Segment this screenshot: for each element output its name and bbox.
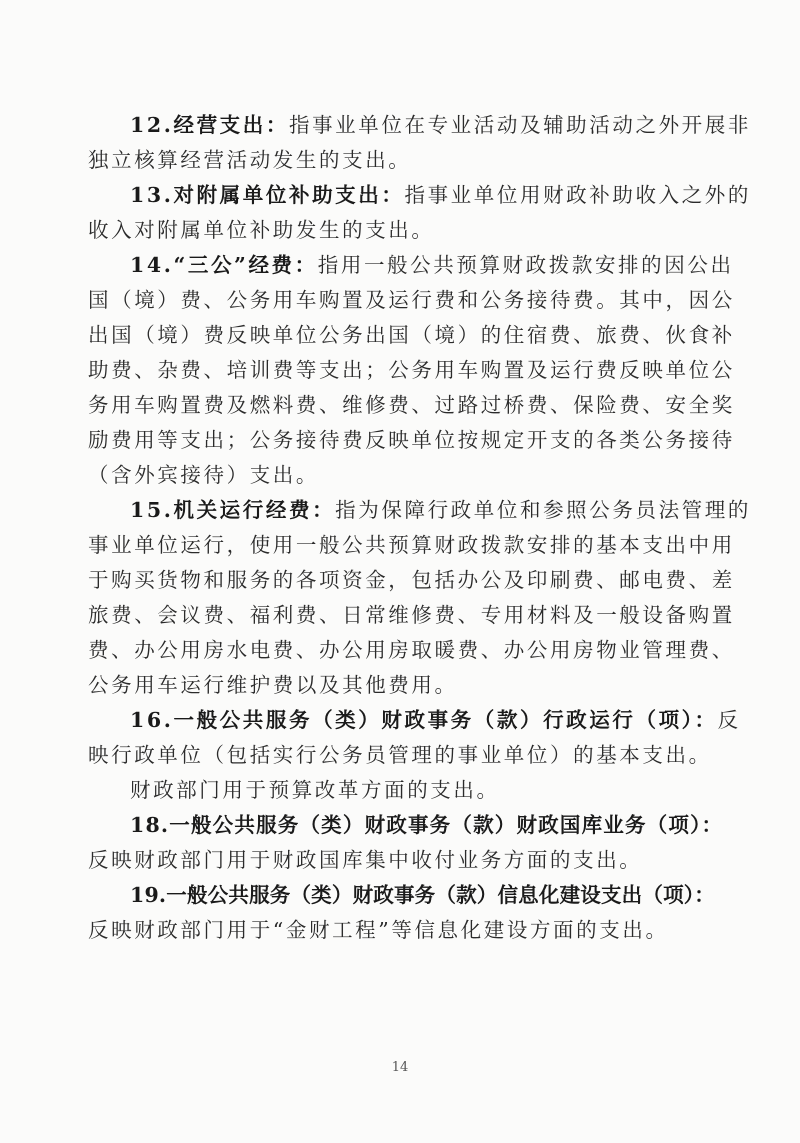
paragraph-15-line-2: 事业单位运行，使用一般公共预算财政拨款安排的基本支出中用: [88, 528, 720, 563]
paragraph-12-line-2: 独立核算经营活动发生的支出。: [88, 143, 720, 178]
definition-text: 反映财政部门用于“金财工程”等信息化建设方面的支出。: [88, 918, 669, 942]
paragraph-13-line-2: 收入对附属单位补助发生的支出。: [88, 213, 720, 248]
page-number: 14: [0, 1060, 800, 1075]
paragraph-14-line-7: （含外宾接待）支出。: [88, 458, 720, 493]
paragraph-15-line-1: 15.机关运行经费：指为保障行政单位和参照公务员法管理的: [88, 493, 720, 528]
document-body: 12.经营支出：指事业单位在专业活动及辅助活动之外开展非 独立核算经营活动发生的…: [88, 108, 720, 948]
definition-text: 励费用等支出；公务接待费反映单位按规定开支的各类公务接待: [88, 428, 735, 452]
definition-text: 映行政单位（包括实行公务员管理的事业单位）的基本支出。: [88, 743, 712, 767]
definition-text: 收入对附属单位补助发生的支出。: [88, 218, 435, 242]
definition-text: 反映财政部门用于财政国库集中收付业务方面的支出。: [88, 848, 642, 872]
definition-text: 指为保障行政单位和参照公务员法管理的: [335, 498, 751, 522]
definition-text: 事业单位运行，使用一般公共预算财政拨款安排的基本支出中用: [88, 533, 735, 557]
paragraph-19-line-1: 19.一般公共服务（类）财政事务（款）信息化建设支出（项）：: [88, 878, 720, 913]
definition-text: 指事业单位在专业活动及辅助活动之外开展非: [289, 113, 751, 137]
paragraph-15-line-5: 费、办公用房水电费、办公用房取暖费、办公用房物业管理费、: [88, 633, 720, 668]
paragraph-16-line-3: 财政部门用于预算改革方面的支出。: [88, 773, 720, 808]
paragraph-15-line-3: 于购买货物和服务的各项资金，包括办公及印刷费、邮电费、差: [88, 563, 720, 598]
definition-text: 于购买货物和服务的各项资金，包括办公及印刷费、邮电费、差: [88, 568, 735, 592]
term-heading: 14.“三公”经费：: [130, 253, 318, 277]
definition-text: （含外宾接待）支出。: [88, 463, 319, 487]
term-heading: 12.经营支出：: [130, 113, 289, 137]
definition-text: 费、办公用房水电费、办公用房取暖费、办公用房物业管理费、: [88, 638, 735, 662]
definition-text: 财政部门用于预算改革方面的支出。: [130, 778, 500, 802]
paragraph-14-line-5: 务用车购置费及燃料费、维修费、过路过桥费、保险费、安全奖: [88, 388, 720, 423]
definition-text: 出国（境）费反映单位公务出国（境）的住宿费、旅费、伙食补: [88, 323, 735, 347]
paragraph-15-line-4: 旅费、会议费、福利费、日常维修费、专用材料及一般设备购置: [88, 598, 720, 633]
term-heading: 13.对附属单位补助支出：: [130, 183, 404, 207]
paragraph-19-line-2: 反映财政部门用于“金财工程”等信息化建设方面的支出。: [88, 913, 720, 948]
definition-text: 务用车购置费及燃料费、维修费、过路过桥费、保险费、安全奖: [88, 393, 735, 417]
definition-text: 助费、杂费、培训费等支出；公务用车购置及运行费反映单位公: [88, 358, 735, 382]
paragraph-18-line-2: 反映财政部门用于财政国库集中收付业务方面的支出。: [88, 843, 720, 878]
paragraph-13-line-1: 13.对附属单位补助支出：指事业单位用财政补助收入之外的: [88, 178, 720, 213]
paragraph-14-line-2: 国（境）费、公务用车购置及运行费和公务接待费。其中，因公: [88, 283, 720, 318]
definition-text: 指事业单位用财政补助收入之外的: [404, 183, 751, 207]
paragraph-14-line-4: 助费、杂费、培训费等支出；公务用车购置及运行费反映单位公: [88, 353, 720, 388]
paragraph-12-line-1: 12.经营支出：指事业单位在专业活动及辅助活动之外开展非: [88, 108, 720, 143]
paragraph-16-line-2: 映行政单位（包括实行公务员管理的事业单位）的基本支出。: [88, 738, 720, 773]
paragraph-18-line-1: 18.一般公共服务（类）财政事务（款）财政国库业务（项）：: [88, 808, 720, 843]
term-heading: 19.一般公共服务（类）财政事务（款）信息化建设支出（项）：: [130, 883, 715, 907]
paragraph-14-line-6: 励费用等支出；公务接待费反映单位按规定开支的各类公务接待: [88, 423, 720, 458]
term-heading: 16.一般公共服务（类）财政事务（款）行政运行（项）：: [130, 708, 718, 732]
paragraph-16-line-1: 16.一般公共服务（类）财政事务（款）行政运行（项）：反: [88, 703, 720, 738]
definition-text: 指用一般公共预算财政拨款安排的因公出: [318, 253, 734, 277]
paragraph-14-line-1: 14.“三公”经费：指用一般公共预算财政拨款安排的因公出: [88, 248, 720, 283]
term-heading: 15.机关运行经费：: [130, 498, 335, 522]
definition-text: 独立核算经营活动发生的支出。: [88, 148, 411, 172]
definition-text: 旅费、会议费、福利费、日常维修费、专用材料及一般设备购置: [88, 603, 735, 627]
document-page: 12.经营支出：指事业单位在专业活动及辅助活动之外开展非 独立核算经营活动发生的…: [0, 0, 800, 1143]
paragraph-15-line-6: 公务用车运行维护费以及其他费用。: [88, 668, 720, 703]
definition-text: 公务用车运行维护费以及其他费用。: [88, 673, 458, 697]
paragraph-14-line-3: 出国（境）费反映单位公务出国（境）的住宿费、旅费、伙食补: [88, 318, 720, 353]
definition-text: 国（境）费、公务用车购置及运行费和公务接待费。其中，因公: [88, 288, 735, 312]
term-heading: 18.一般公共服务（类）财政事务（款）财政国库业务（项）：: [130, 813, 723, 837]
definition-text: 反: [718, 708, 741, 732]
